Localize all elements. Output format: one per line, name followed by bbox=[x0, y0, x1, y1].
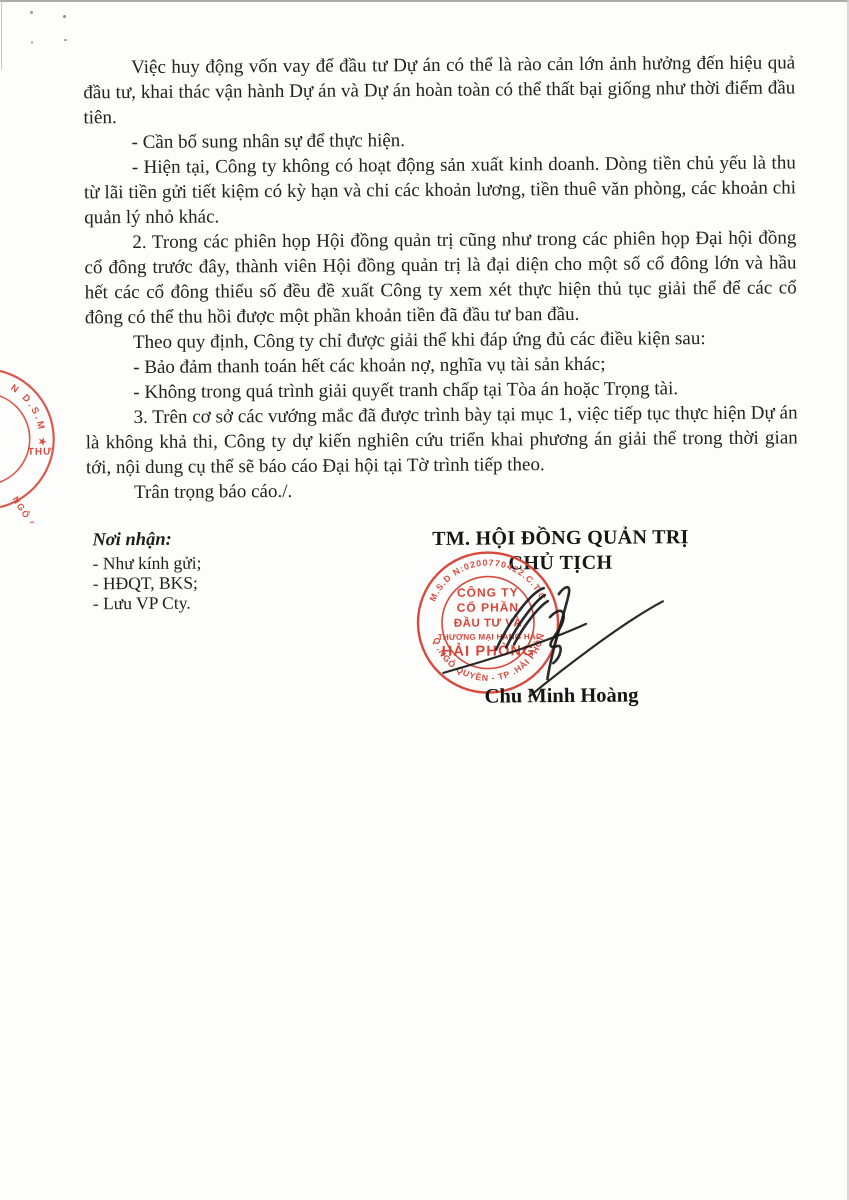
paragraph: Việc huy động vốn vay để đầu tư Dự án có… bbox=[83, 50, 796, 130]
edge-stamp-arc-text: N D.S.M ★ bbox=[8, 382, 47, 449]
edge-stamp-inner-ring bbox=[0, 393, 30, 486]
recipient-item: - HĐQT, BKS; bbox=[93, 573, 202, 594]
paragraph: Trân trọng báo cáo./. bbox=[86, 475, 798, 505]
paragraph: Theo quy định, Công ty chỉ được giải thể… bbox=[85, 325, 797, 355]
recipients-title: Nơi nhận: bbox=[92, 530, 201, 551]
scanned-document-page: Việc huy động vốn vay để đầu tư Dự án có… bbox=[0, 0, 849, 1200]
recipients-list: - Như kính gửi;- HĐQT, BKS;- Lưu VP Cty. bbox=[93, 553, 202, 614]
document-body: Việc huy động vốn vay để đầu tư Dự án có… bbox=[83, 50, 798, 505]
signer-name: Chu Minh Hoàng bbox=[431, 684, 691, 709]
paragraph: 3. Trên cơ sở các vướng mắc đã được trìn… bbox=[85, 400, 798, 480]
svg-text:N D.S.M ★: N D.S.M ★ bbox=[8, 382, 47, 449]
signature-stroke bbox=[496, 588, 544, 649]
recipients-block: Nơi nhận: - Như kính gửi;- HĐQT, BKS;- L… bbox=[92, 530, 201, 614]
edge-company-stamp: N D.S.M ★ NGÔ Q THƯ bbox=[0, 359, 60, 523]
paragraph: 2. Trong các phiên họp Hội đồng quản trị… bbox=[84, 225, 797, 330]
signature-stroke bbox=[529, 601, 664, 696]
recipient-item: - Lưu VP Cty. bbox=[93, 593, 202, 614]
edge-stamp-inner-text: THƯ bbox=[28, 447, 53, 458]
recipient-item: - Như kính gửi; bbox=[93, 553, 202, 574]
edge-stamp-bottom-text: NGÔ Q bbox=[10, 494, 39, 523]
paragraph: - Hiện tại, Công ty không có hoạt động s… bbox=[84, 150, 797, 230]
